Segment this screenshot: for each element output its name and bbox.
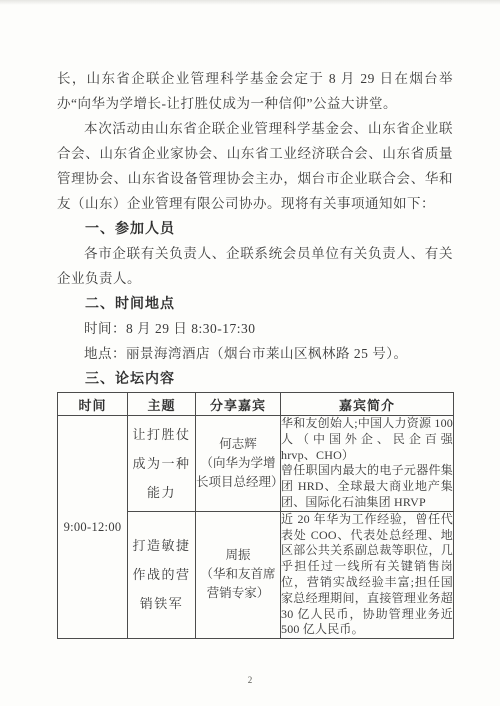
speaker-name: 何志辉 [196, 435, 280, 454]
page-number: 2 [0, 675, 500, 685]
paragraph-organizers: 本次活动由山东省企联企业管理科学基金会、山东省企业联合会、山东省企业家协会、山东… [57, 116, 453, 216]
bio-cell: 近 20 年华为工作经验，曾任代表处 COO、代表处总经理、地区部公共关系副总裁… [281, 511, 454, 638]
column-header-bio: 嘉宾简介 [281, 393, 454, 416]
paragraph-participants: 各市企联有关负责人、企联系统会员单位有关负责人、有关企业负责人。 [57, 241, 453, 291]
line-place: 地点：丽景海湾酒店（烟台市莱山区枫林路 25 号）。 [57, 341, 453, 366]
time-slot-cell: 9:00-12:00 [58, 416, 128, 639]
topic-cell: 打造敏捷作战的营销铁军 [128, 511, 196, 638]
column-header-speaker: 分享嘉宾 [196, 393, 281, 416]
speaker-name: 周振 [196, 546, 280, 565]
table-header-row: 时间 主题 分享嘉宾 嘉宾简介 [58, 393, 454, 416]
forum-agenda-table: 时间 主题 分享嘉宾 嘉宾简介 9:00-12:00 让打胜仗成为一种能力 何志… [57, 392, 454, 639]
bio-paragraph: 近 20 年华为工作经验，曾任代表处 COO、代表处总经理、地区部公共关系副总裁… [281, 512, 453, 638]
topic-cell: 让打胜仗成为一种能力 [128, 416, 196, 512]
bio-paragraph: 曾任职国内最大的电子元器件集团 HRD、全球最大商业地产集团、国际化石油集团 H… [281, 463, 453, 510]
bio-paragraph: 华和友创始人;中国人力资源 100 人（中国外企、民企百强 hrvp、CHO） [281, 416, 453, 463]
table-row: 9:00-12:00 让打胜仗成为一种能力 何志辉 （向华为学增长项目总经理） … [58, 416, 454, 512]
column-header-time: 时间 [58, 393, 128, 416]
document-page: 长，山东省企联企业管理科学基金会定于 8 月 29 日在烟台举办“向华为学增长-… [0, 0, 500, 706]
bio-cell: 华和友创始人;中国人力资源 100 人（中国外企、民企百强 hrvp、CHO） … [281, 416, 454, 512]
speaker-cell: 周振 （华和友首席营销专家） [196, 511, 281, 638]
speaker-cell: 何志辉 （向华为学增长项目总经理） [196, 416, 281, 512]
heading-participants: 一、参加人员 [57, 216, 453, 241]
paragraph-continuation: 长，山东省企联企业管理科学基金会定于 8 月 29 日在烟台举办“向华为学增长-… [57, 66, 453, 116]
speaker-title: （向华为学增长项目总经理） [196, 454, 280, 492]
scan-artifact [0, 0, 500, 5]
document-content: 长，山东省企联企业管理科学基金会定于 8 月 29 日在烟台举办“向华为学增长-… [57, 66, 453, 639]
heading-time-place: 二、时间地点 [57, 291, 453, 316]
line-time: 时间：8 月 29 日 8:30-17:30 [57, 316, 453, 341]
speaker-title: （华和友首席营销专家） [196, 565, 280, 603]
heading-forum-content: 三、论坛内容 [57, 366, 453, 391]
column-header-topic: 主题 [128, 393, 196, 416]
